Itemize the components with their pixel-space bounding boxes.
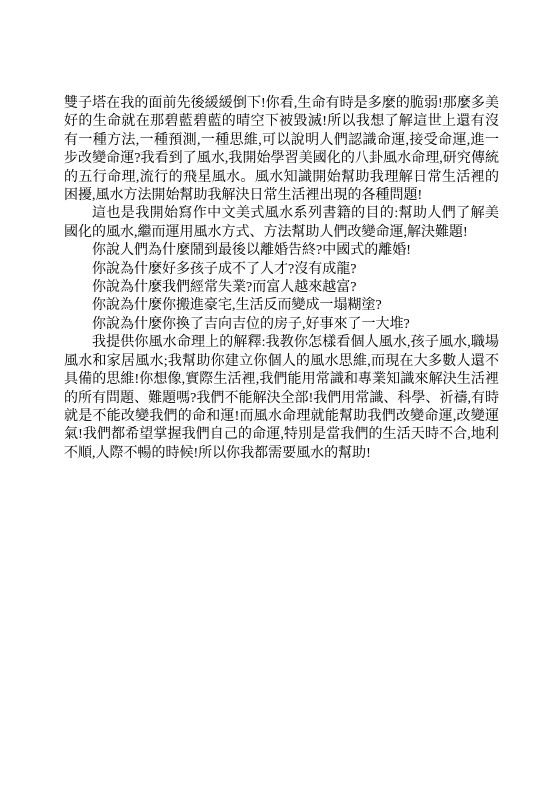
paragraph-question-divorce: 你說人們為什麼鬧到最後以離婚告終?中國式的離婚!: [64, 242, 499, 260]
body-text: 雙子塔在我的面前先後緩緩倒下!你看,生命有時是多麼的脆弱!那麼多美好的生命就在那…: [64, 95, 499, 463]
paragraph-question-house: 你說為什麼你換了吉向吉位的房子,好事來了一大堆?: [64, 316, 499, 334]
paragraph-question-mansion: 你說為什麼你搬進豪宅,生活反而變成一塌糊塗?: [64, 297, 499, 315]
paragraph-closing: 我提供你風水命理上的解釋:我教你怎樣看個人風水,孩子風水,職場風水和家居風水;我…: [64, 334, 499, 463]
book-page: 雙子塔在我的面前先後緩緩倒下!你看,生命有時是多麼的脆弱!那麼多美好的生命就在那…: [0, 0, 559, 794]
paragraph-question-children: 你說為什麼好多孩子成不了人才?沒有成龍?: [64, 261, 499, 279]
paragraph-opening: 雙子塔在我的面前先後緩緩倒下!你看,生命有時是多麼的脆弱!那麼多美好的生命就在那…: [64, 95, 499, 205]
paragraph-question-jobs: 你說為什麼我們經常失業?而富人越來越富?: [64, 279, 499, 297]
paragraph-purpose: 這也是我開始寫作中文美式風水系列書籍的目的:幫助人們了解美國化的風水,繼而運用風…: [64, 205, 499, 242]
